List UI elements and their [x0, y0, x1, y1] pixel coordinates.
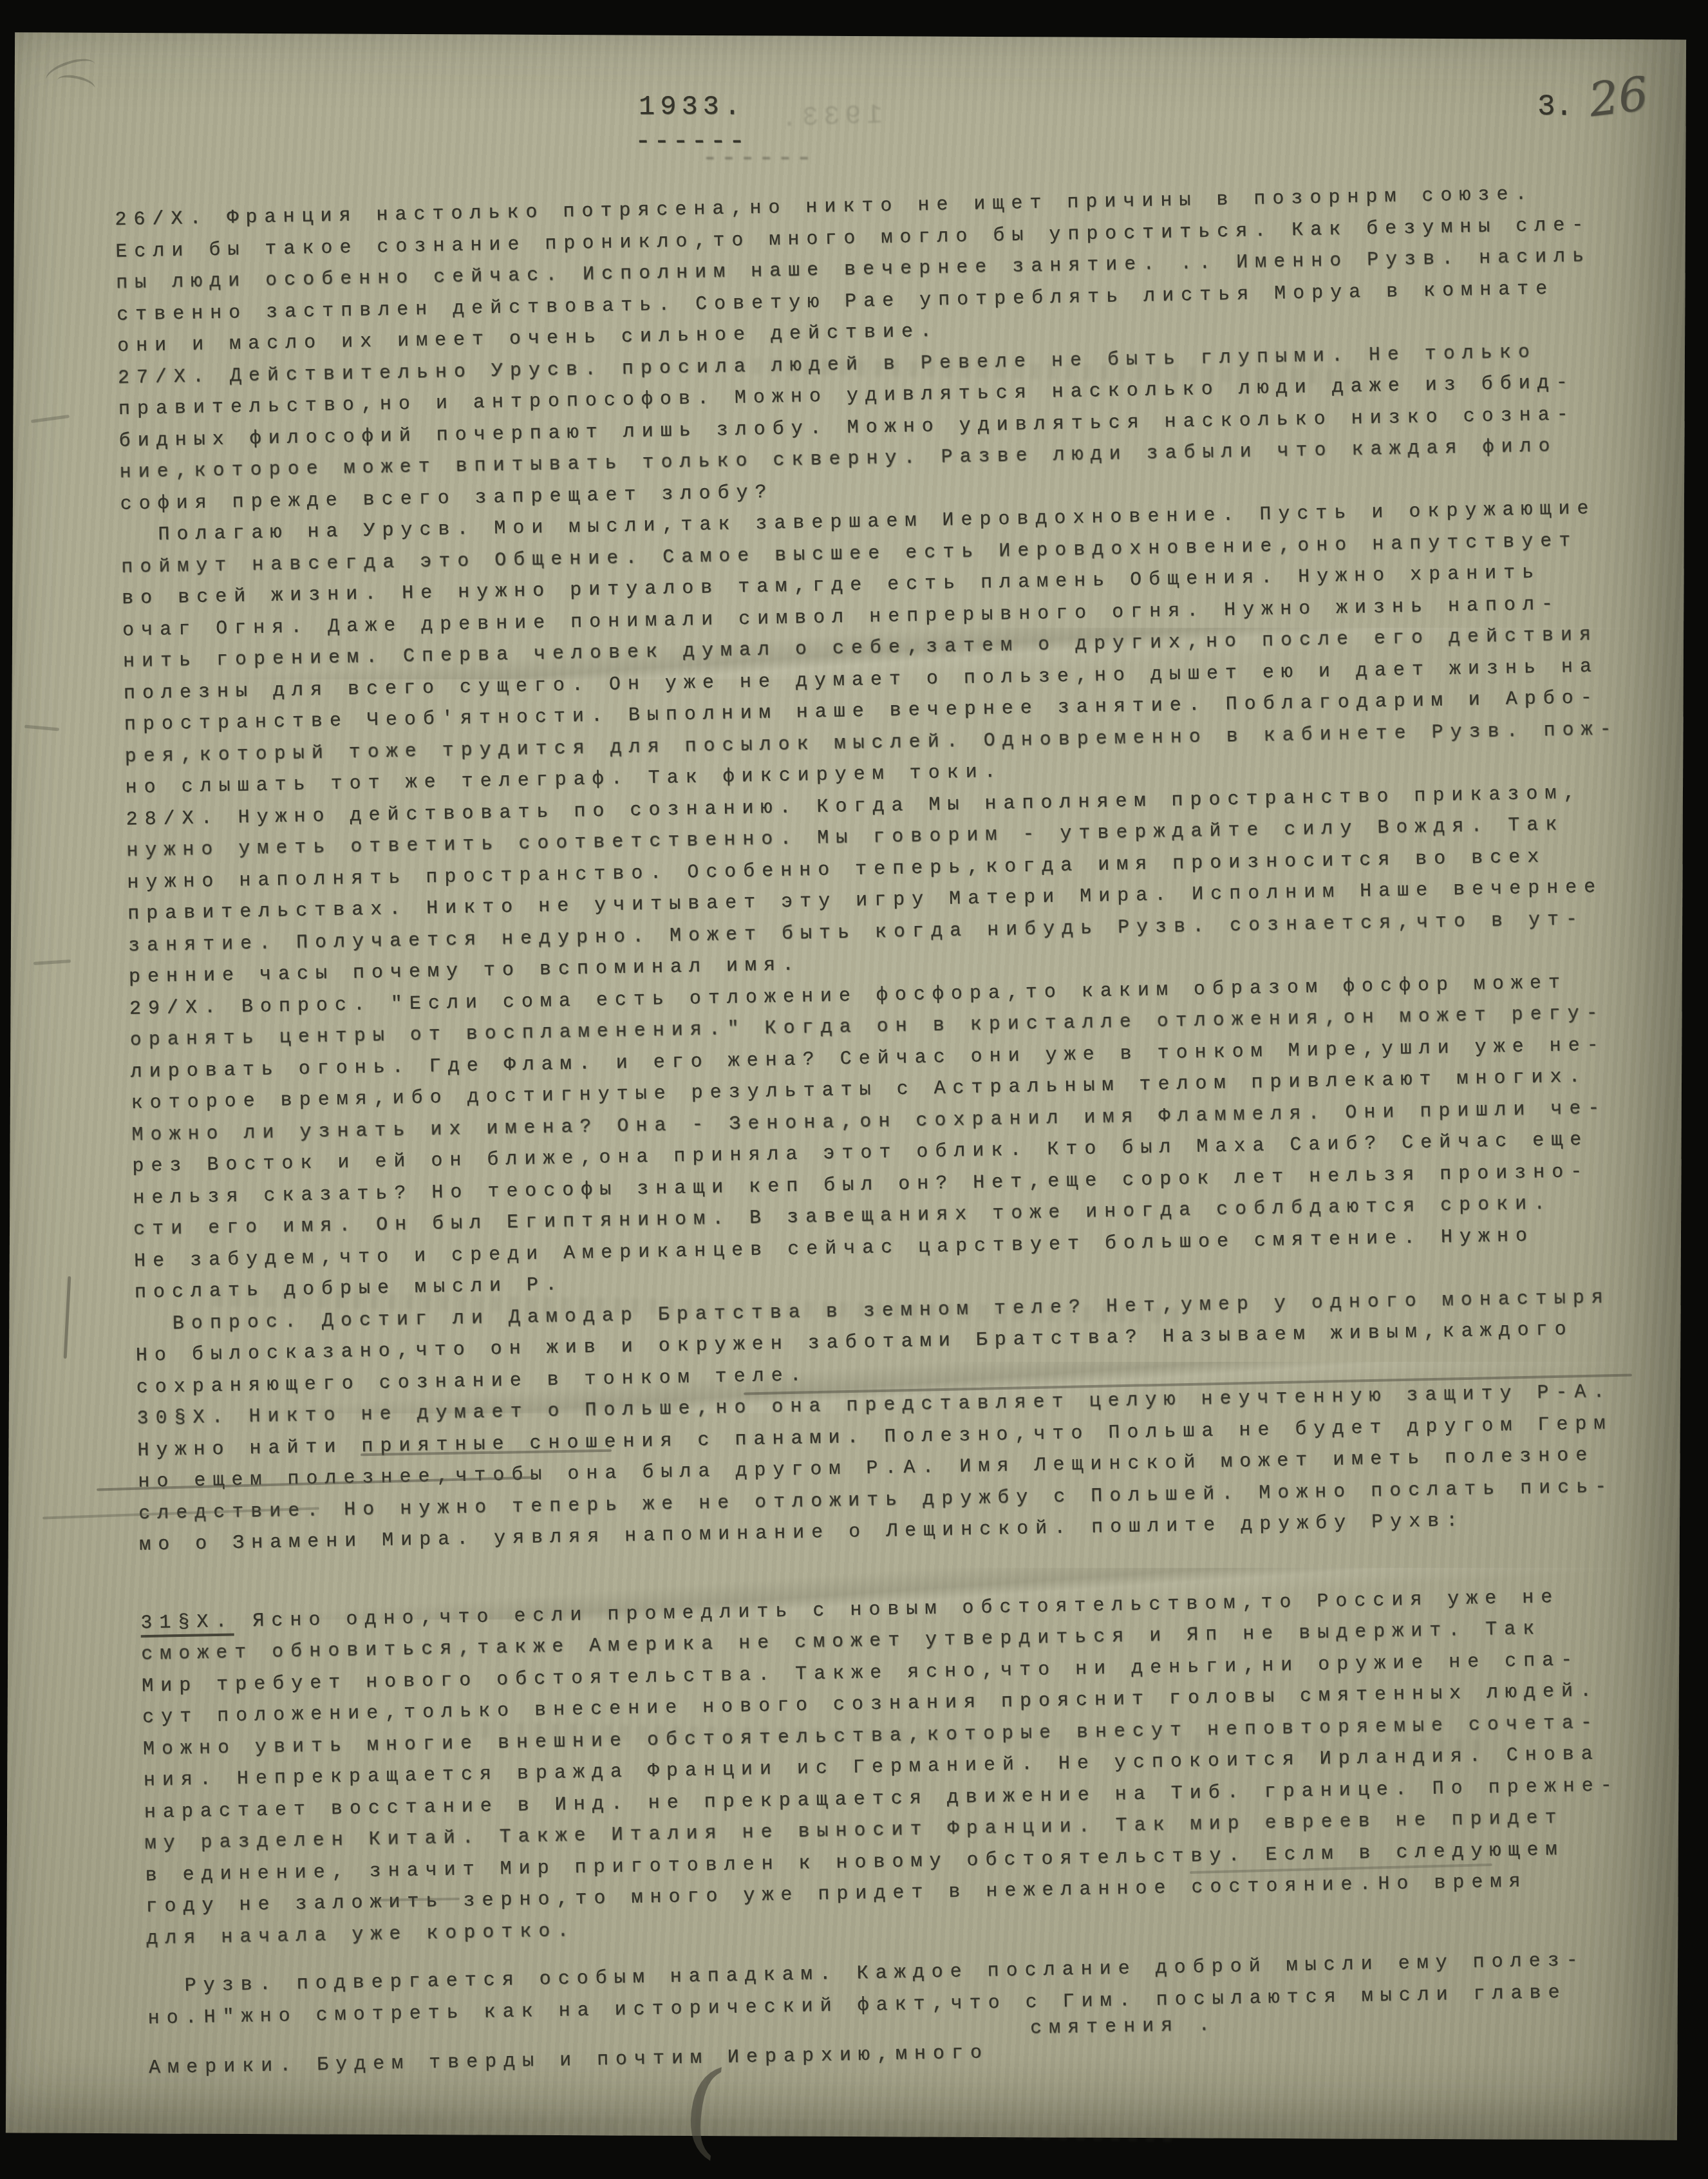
- typewritten-text: 26/X. Франция настолько потрясена,но ник…: [115, 176, 1694, 2084]
- year-underline-dashes-ghost: ------: [702, 143, 814, 174]
- underlined-date-token: 31§X.: [140, 1611, 234, 1638]
- scanned-page: 1933. 1933. ------ ------ 3. 26 26/X. Фр…: [0, 0, 1708, 2179]
- page-number-typed: 3.: [1537, 90, 1573, 124]
- year-ghost-stamp: 1933.: [775, 100, 883, 135]
- page-number-handwritten: 26: [1586, 66, 1651, 127]
- year-date: 1933.: [639, 91, 746, 122]
